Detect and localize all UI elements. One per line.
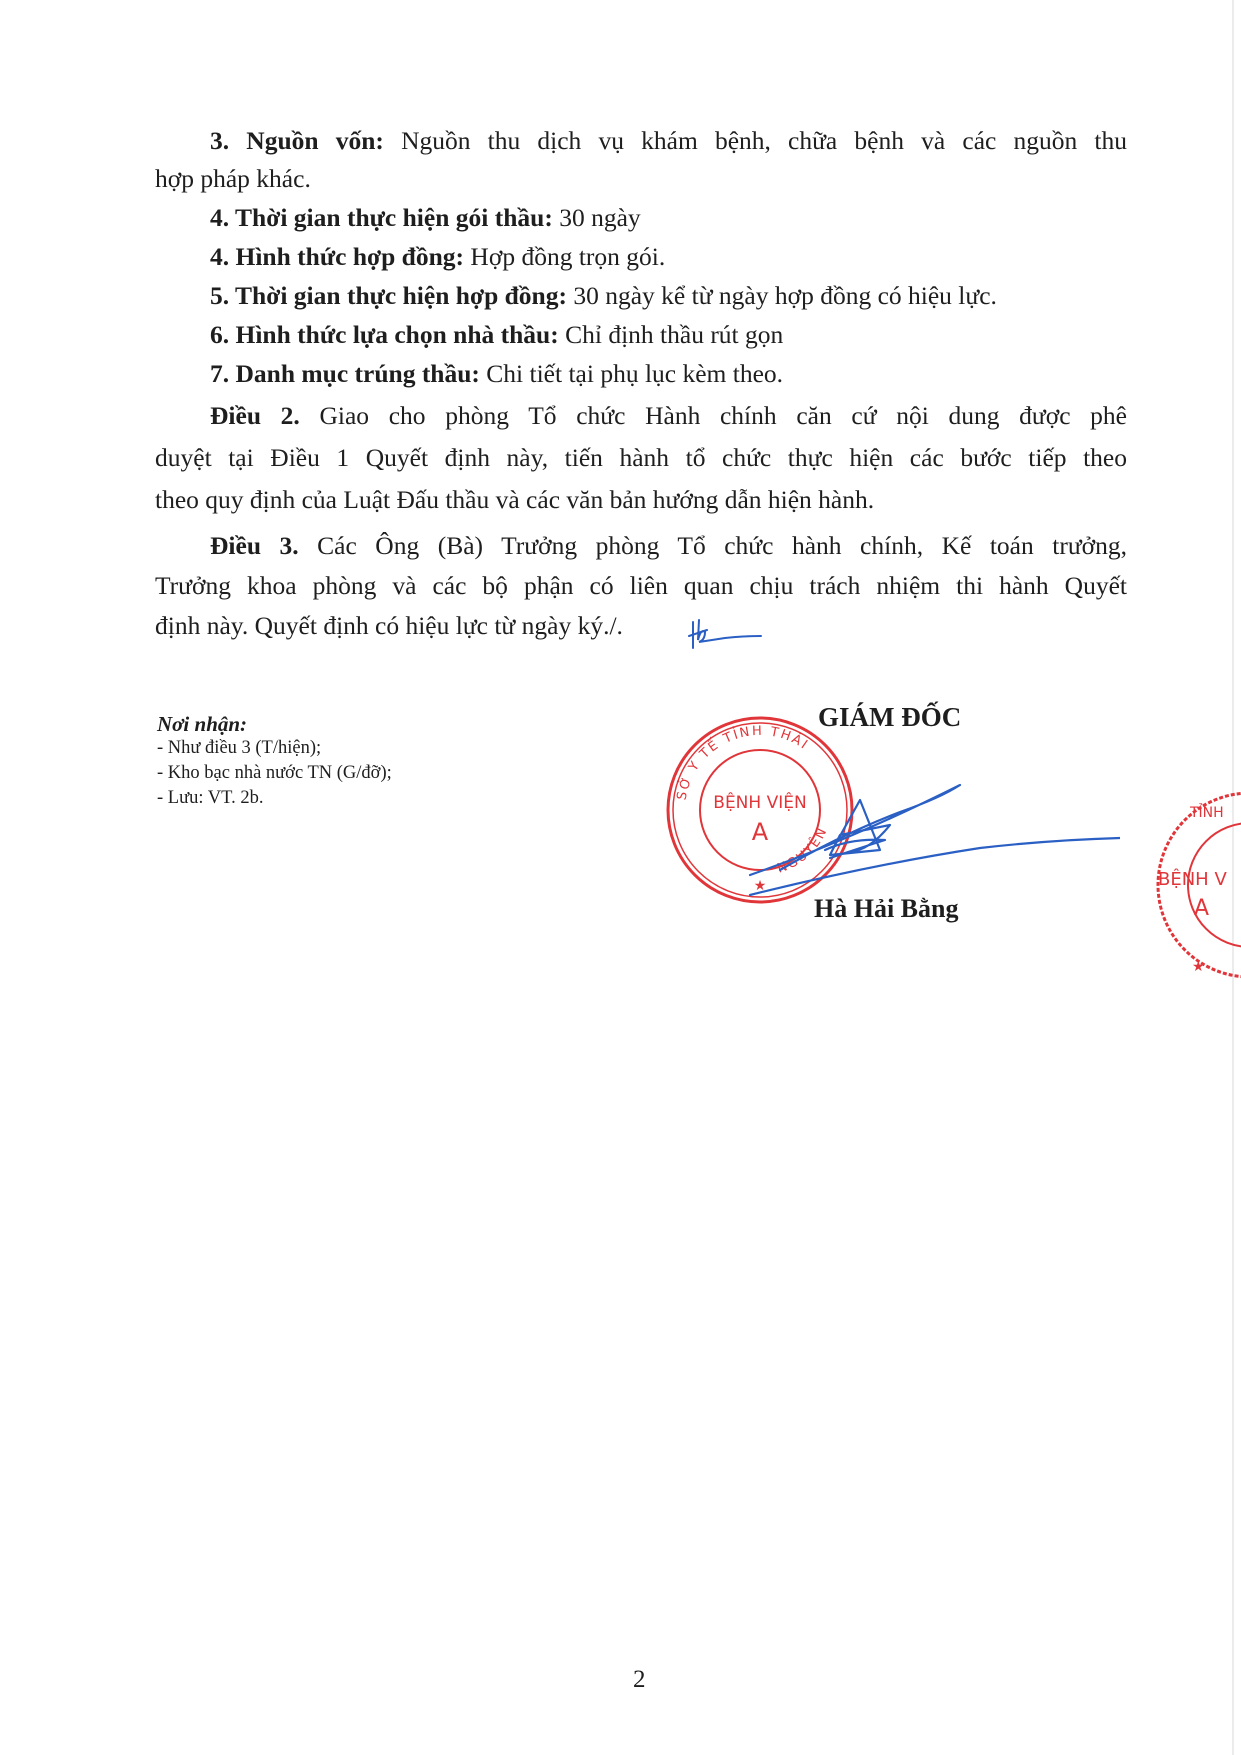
item-text: Chỉ định thầu rút gọn — [559, 320, 784, 349]
director-signature — [720, 760, 1120, 910]
item-label: 4. Thời gian thực hiện gói thầu: — [210, 203, 553, 232]
article-label: Điều 2. — [210, 401, 300, 430]
article-3-line-1: Điều 3. Các Ông (Bà) Trưởng phòng Tổ chứ… — [210, 531, 1127, 561]
article-text: Các Ông (Bà) Trưởng phòng Tổ chức hành c… — [299, 531, 1127, 560]
stamp-top-text: TỈNH — [720, 724, 764, 747]
recipient-item: - Lưu: VT. 2b. — [157, 787, 263, 809]
item-text: 30 ngày kể từ ngày hợp đồng có hiệu lực. — [567, 281, 997, 310]
page-number: 2 — [633, 1666, 646, 1694]
article-2-line-1: Điều 2. Giao cho phòng Tổ chức Hành chín… — [210, 401, 1127, 431]
item-funding-continuation: hợp pháp khác. — [155, 164, 311, 194]
item-text: Chi tiết tại phụ lục kèm theo. — [480, 359, 783, 388]
article-text: Giao cho phòng Tổ chức Hành chính căn cứ… — [300, 401, 1127, 430]
recipient-item: - Như điều 3 (T/hiện); — [157, 737, 321, 759]
item-label: 5. Thời gian thực hiện hợp đồng: — [210, 281, 567, 310]
partial-stamp-center-line2: A — [1194, 896, 1209, 921]
article-3-line-3: định này. Quyết định có hiệu lực từ ngày… — [155, 611, 623, 641]
item-funding-source: 3. Nguồn vốn: Nguồn thu dịch vụ khám bện… — [210, 126, 1127, 156]
article-2-line-2: duyệt tại Điều 1 Quyết định này, tiến hà… — [155, 443, 1127, 473]
item-text: Nguồn thu dịch vụ khám bệnh, chữa bệnh v… — [384, 126, 1127, 155]
item-contract-type: 4. Hình thức hợp đồng: Hợp đồng trọn gói… — [210, 242, 665, 272]
item-label: 3. Nguồn vốn: — [210, 126, 384, 155]
item-contract-duration: 5. Thời gian thực hiện hợp đồng: 30 ngày… — [210, 281, 997, 311]
item-package-duration: 4. Thời gian thực hiện gói thầu: 30 ngày — [210, 203, 641, 233]
article-3-line-2: Trưởng khoa phòng và các bộ phận có liên… — [155, 571, 1127, 601]
partial-stamp-top-text: TỈNH — [1189, 803, 1224, 821]
recipients-title: Nơi nhận: — [157, 712, 247, 737]
item-text: Hợp đồng trọn gói. — [464, 242, 665, 271]
partial-stamp: TỈNH BỆNH V A ★ — [1150, 785, 1241, 985]
item-label: 7. Danh mục trúng thầu: — [210, 359, 480, 388]
signatory-name: Hà Hải Bằng — [814, 894, 958, 924]
article-2-line-3: theo quy định của Luật Đấu thầu và các v… — [155, 485, 874, 515]
recipient-item: - Kho bạc nhà nước TN (G/đỡ); — [157, 762, 392, 784]
article-label: Điều 3. — [210, 531, 299, 560]
item-label: 6. Hình thức lựa chọn nhà thầu: — [210, 320, 559, 349]
initials-mark — [685, 614, 765, 654]
item-text: 30 ngày — [553, 203, 641, 232]
item-winning-list: 7. Danh mục trúng thầu: Chi tiết tại phụ… — [210, 359, 783, 389]
partial-stamp-star-icon: ★ — [1192, 959, 1205, 975]
item-selection-method: 6. Hình thức lựa chọn nhà thầu: Chỉ định… — [210, 320, 783, 350]
item-label: 4. Hình thức hợp đồng: — [210, 242, 464, 271]
partial-stamp-center-line1: BỆNH V — [1158, 868, 1227, 890]
